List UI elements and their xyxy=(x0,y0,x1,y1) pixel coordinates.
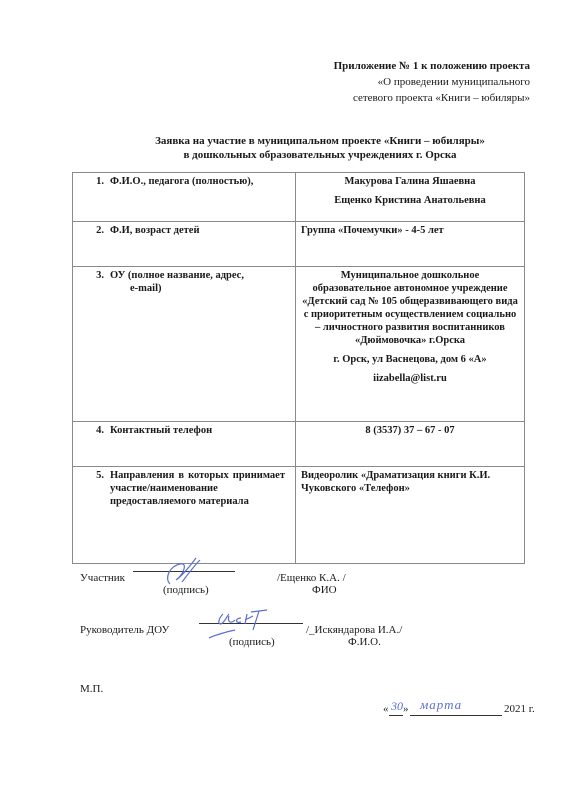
date-day-line xyxy=(389,715,403,716)
table-row: 4.Контактный телефон 8 (3537) 37 – 67 - … xyxy=(73,422,525,467)
row-label-text: Направления в которых принимает участие/… xyxy=(110,469,285,508)
table-row: 1.Ф.И.О., педагога (полностью), Макурова… xyxy=(73,173,525,222)
head-role: Руководитель ДОУ xyxy=(80,624,169,637)
institution-name: Муниципальное дошкольное образовательное… xyxy=(301,269,519,347)
date-day: 30 xyxy=(391,700,403,713)
participant-signature-caption: (подпись) xyxy=(163,584,209,597)
row-label: 3.ОУ (полное название, адрес, e-mail) xyxy=(73,267,296,422)
annex-line-1: Приложение № 1 к положению проекта xyxy=(300,58,530,74)
row-value: Группа «Почемучки» - 4-5 лет xyxy=(296,222,525,267)
row-label-text: Ф.И, возраст детей xyxy=(110,225,200,236)
row-number: 1. xyxy=(86,175,104,188)
row-value: Муниципальное дошкольное образовательное… xyxy=(296,267,525,422)
row-number: 3. xyxy=(86,269,104,282)
institution-email: iizabella@list.ru xyxy=(301,372,519,385)
date-month-line xyxy=(410,715,502,716)
title-line-1: Заявка на участие в муниципальном проект… xyxy=(100,134,540,148)
row-label: 1.Ф.И.О., педагога (полностью), xyxy=(73,173,296,222)
participant-name-caption: ФИО xyxy=(312,584,337,597)
row-label-text: ОУ (полное название, адрес, xyxy=(110,270,244,281)
date-open-quote: « xyxy=(383,703,389,716)
row-number: 5. xyxy=(86,469,104,482)
annex-line-3: сетевого проекта «Книги – юбиляры» xyxy=(300,90,530,106)
head-name-caption: Ф.И.О. xyxy=(348,636,381,649)
row-label: 2.Ф.И, возраст детей xyxy=(73,222,296,267)
head-signature-caption: (подпись) xyxy=(229,636,275,649)
annex-header: Приложение № 1 к положению проекта «О пр… xyxy=(300,58,530,106)
contact-phone: 8 (3537) 37 – 67 - 07 xyxy=(365,425,454,436)
row-number: 4. xyxy=(86,424,104,437)
teacher-name-2: Ещенко Кристина Анатольевна xyxy=(301,194,519,207)
table-row: 2.Ф.И, возраст детей Группа «Почемучки» … xyxy=(73,222,525,267)
row-value: Макурова Галина Яшаевна Ещенко Кристина … xyxy=(296,173,525,222)
table-row: 3.ОУ (полное название, адрес, e-mail) Му… xyxy=(73,267,525,422)
document-title: Заявка на участие в муниципальном проект… xyxy=(100,134,540,162)
title-line-2: в дошкольных образовательных учреждениях… xyxy=(100,148,540,162)
row-value: 8 (3537) 37 – 67 - 07 xyxy=(296,422,525,467)
date-close-quote: » xyxy=(403,703,409,716)
participant-role: Участник xyxy=(80,572,125,585)
row-label: 4.Контактный телефон xyxy=(73,422,296,467)
row-label-text-2: e-mail) xyxy=(78,282,290,295)
institution-address: г. Орск, ул Васнецова, дом 6 «А» xyxy=(301,353,519,366)
row-label-text: Контактный телефон xyxy=(110,425,212,436)
children-group: Группа «Почемучки» - 4-5 лет xyxy=(301,225,444,236)
stamp-place-label: М.П. xyxy=(80,683,103,696)
row-label: 5.Направления в которых принимает участи… xyxy=(73,467,296,564)
table-row: 5.Направления в которых принимает участи… xyxy=(73,467,525,564)
row-number: 2. xyxy=(86,224,104,237)
row-label-text: Ф.И.О., педагога (полностью), xyxy=(110,176,253,187)
material-title: Видеоролик «Драматизация книги К.И. Чуко… xyxy=(301,470,490,494)
row-value: Видеоролик «Драматизация книги К.И. Чуко… xyxy=(296,467,525,564)
annex-line-2: «О проведении муниципального xyxy=(300,74,530,90)
application-table: 1.Ф.И.О., педагога (полностью), Макурова… xyxy=(72,172,525,564)
teacher-name-1: Макурова Галина Яшаевна xyxy=(301,175,519,188)
date-month: марта xyxy=(420,698,462,711)
date-year: 2021 г. xyxy=(504,703,535,716)
